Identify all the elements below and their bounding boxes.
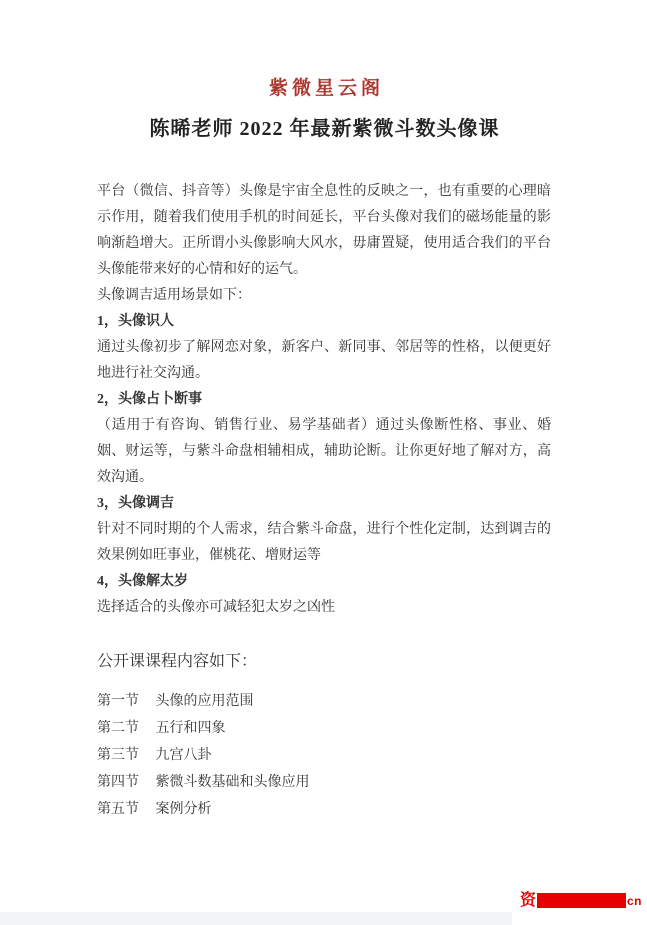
course-item-1-title: 头像的应用范围 (156, 694, 254, 709)
watermark: 资 cn (520, 892, 642, 909)
watermark-text-start: 资 (520, 892, 536, 909)
site-title: 紫微星云阁 (0, 0, 647, 101)
scenario-4: 4，头像解太岁 选择适合的头像亦可减轻犯太岁之凶性 (97, 569, 551, 621)
course-list: 第一节 头像的应用范围 第二节 五行和四象 第三节 九宫八卦 第四节 紫微斗数基… (97, 688, 551, 823)
course-item-1-number: 第一节 (97, 694, 139, 709)
course-item-3-number: 第三节 (97, 748, 139, 763)
document-body: 平台（微信、抖音等）头像是宇宙全息性的反映之一，也有重要的心理暗示作用，随着我们… (97, 179, 551, 823)
watermark-text-end: cn (627, 894, 642, 908)
course-item-3: 第三节 九宫八卦 (97, 742, 551, 769)
course-item-4-title: 紫微斗数基础和头像应用 (156, 775, 310, 790)
intro-paragraph: 平台（微信、抖音等）头像是宇宙全息性的反映之一，也有重要的心理暗示作用，随着我们… (97, 179, 551, 283)
watermark-background (512, 909, 647, 925)
watermark-redacted-block (537, 893, 626, 908)
course-item-2-number: 第二节 (97, 721, 139, 736)
doc-title: 陈晞老师 2022 年最新紫微斗数头像课 (0, 115, 647, 143)
course-item-5-number: 第五节 (97, 802, 139, 817)
scenario-1-heading: 1，头像识人 (97, 309, 551, 335)
document-page: 紫微星云阁 陈晞老师 2022 年最新紫微斗数头像课 平台（微信、抖音等）头像是… (0, 0, 647, 925)
scenarios-label: 头像调吉适用场景如下： (97, 283, 551, 309)
scenario-2-heading: 2，头像占卜断事 (97, 387, 551, 413)
course-item-5-title: 案例分析 (156, 802, 212, 817)
scenario-3-body: 针对不同时期的个人需求，结合紫斗命盘，进行个性化定制，达到调吉的效果例如旺事业，… (97, 517, 551, 569)
course-item-1: 第一节 头像的应用范围 (97, 688, 551, 715)
course-header: 公开课课程内容如下： (97, 648, 551, 675)
scenario-1: 1，头像识人 通过头像初步了解网恋对象，新客户、新同事、邻居等的性格，以便更好地… (97, 309, 551, 387)
scenario-2: 2，头像占卜断事 （适用于有咨询、销售行业、易学基础者）通过头像断性格、事业、婚… (97, 387, 551, 491)
scenario-2-body: （适用于有咨询、销售行业、易学基础者）通过头像断性格、事业、婚姻、财运等，与紫斗… (97, 413, 551, 491)
course-item-2-title: 五行和四象 (156, 721, 226, 736)
course-item-2: 第二节 五行和四象 (97, 715, 551, 742)
course-item-3-title: 九宫八卦 (156, 748, 212, 763)
scenario-1-body: 通过头像初步了解网恋对象，新客户、新同事、邻居等的性格，以便更好地进行社交沟通。 (97, 335, 551, 387)
course-item-4: 第四节 紫微斗数基础和头像应用 (97, 769, 551, 796)
scenario-3: 3，头像调吉 针对不同时期的个人需求，结合紫斗命盘，进行个性化定制，达到调吉的效… (97, 491, 551, 569)
course-item-4-number: 第四节 (97, 775, 139, 790)
scenario-4-heading: 4，头像解太岁 (97, 569, 551, 595)
course-item-5: 第五节 案例分析 (97, 796, 551, 823)
scenario-3-heading: 3，头像调吉 (97, 491, 551, 517)
scenario-4-body: 选择适合的头像亦可减轻犯太岁之凶性 (97, 595, 551, 621)
